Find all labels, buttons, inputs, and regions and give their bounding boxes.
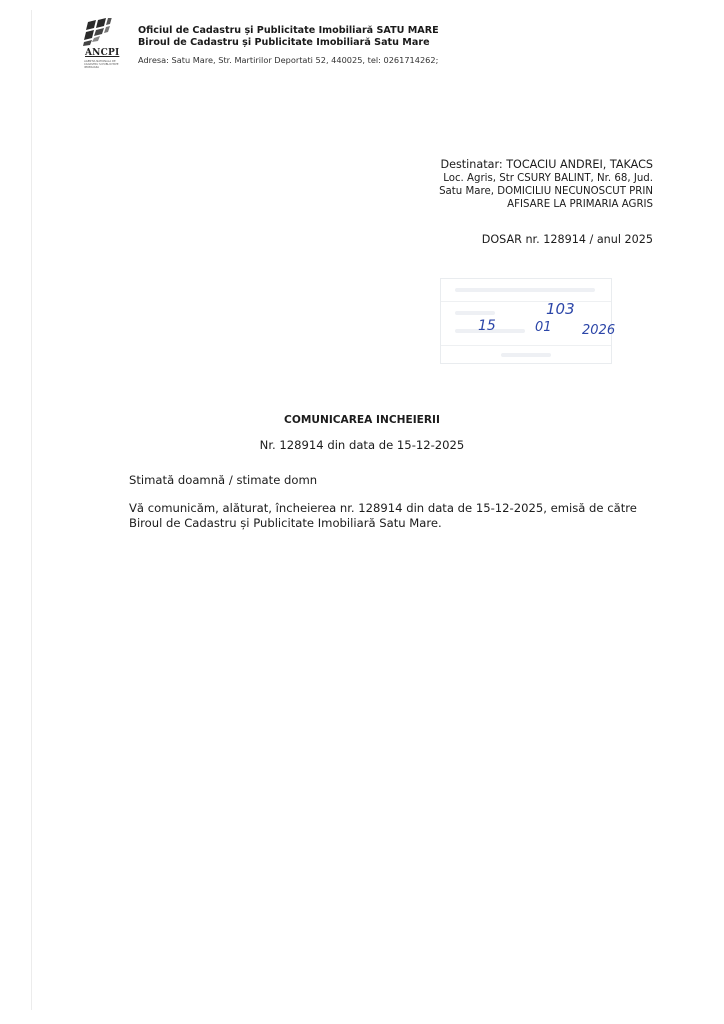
scan-artifact-line (31, 10, 32, 1010)
recipient-address-line: Satu Mare, DOMICILIU NECUNOSCUT PRIN (439, 185, 653, 198)
greeting: Stimată doamnă / stimate domn (129, 473, 317, 487)
office-address: Adresa: Satu Mare, Str. Martirilor Depor… (138, 55, 438, 65)
handwritten-month: 01 (535, 320, 552, 335)
document-subtitle: Nr. 128914 din data de 15-12-2025 (0, 438, 724, 452)
body-line: Biroul de Cadastru și Publicitate Imobil… (129, 516, 689, 531)
bureau-name: Biroul de Cadastru și Publicitate Imobil… (138, 37, 430, 48)
logo-subtext: Agentia Nationala de Cadastru si Publici… (84, 60, 124, 70)
logo-text: ANCPI (85, 48, 119, 58)
body-paragraph: Vă comunicăm, alăturat, încheierea nr. 1… (129, 501, 689, 531)
registration-stamp (440, 278, 612, 364)
recipient-address-line: AFISARE LA PRIMARIA AGRIS (439, 198, 653, 211)
recipient-block: Destinatar: TOCACIU ANDREI, TAKACS Loc. … (439, 157, 653, 211)
handwritten-registration-number: 103 (546, 300, 575, 318)
recipient-name: Destinatar: TOCACIU ANDREI, TAKACS (439, 157, 653, 172)
recipient-address-line: Loc. Agris, Str CSURY BALINT, Nr. 68, Ju… (439, 172, 653, 185)
stamp-header-row (441, 279, 611, 302)
document-title: COMUNICAREA INCHEIERII (0, 414, 724, 426)
file-number: DOSAR nr. 128914 / anul 2025 (482, 233, 653, 246)
office-name: Oficiul de Cadastru și Publicitate Imobi… (138, 25, 439, 36)
handwritten-day: 15 (478, 318, 496, 334)
handwritten-year: 2026 (582, 323, 615, 338)
body-line: Vă comunicăm, alăturat, încheierea nr. 1… (129, 501, 689, 516)
